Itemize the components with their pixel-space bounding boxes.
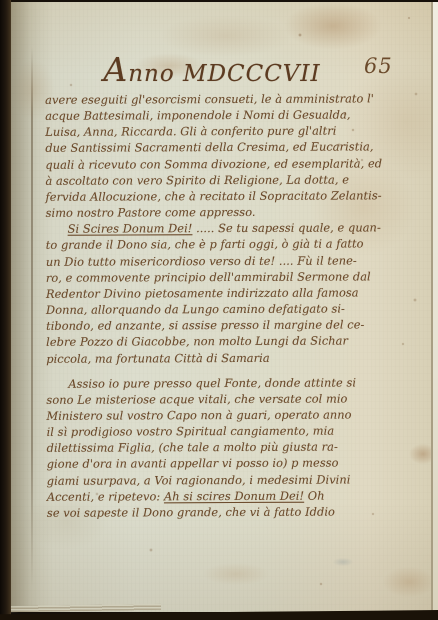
manuscript-line: piccola, ma fortunata Città di Samaria: [46, 349, 428, 367]
manuscript-line: Luisa, Anna, Riccarda. Gli à conferito p…: [45, 122, 427, 140]
manuscript-text-block: avere eseguiti gl'esorcismi consueti, le…: [45, 90, 429, 521]
text-segment: tibondo, ed anzante, si assise presso il…: [46, 318, 364, 333]
folio-number: 65: [364, 54, 393, 78]
text-segment: Accenti, e ripetevo:: [47, 489, 164, 504]
text-segment: simo nostro Pastore come appresso.: [46, 205, 256, 220]
text-segment: se voi sapeste il Dono grande, che vi à …: [47, 504, 335, 519]
manuscript-line: acque Battesimali, imponendole i Nomi di…: [45, 106, 427, 124]
text-segment: avere eseguiti gl'esorcismi consueti, le…: [45, 91, 374, 106]
text-segment: Donna, allorquando da Lungo camino defat…: [46, 302, 345, 317]
text-segment: ..... Se tu sapessi quale, e quan-: [192, 221, 380, 236]
text-segment: un Dio tutto misericordioso verso di te!…: [46, 253, 357, 268]
book-binding-shadow: [0, 0, 11, 620]
text-segment: quali à ricevuto con Somma divozione, ed…: [45, 156, 382, 171]
text-segment: Luisa, Anna, Riccarda. Gli à conferito p…: [45, 124, 336, 139]
manuscript-line: se voi sapeste il Dono grande, che vi à …: [47, 503, 429, 521]
manuscript-line: Ministero sul vostro Capo non à guari, o…: [46, 406, 428, 424]
manuscript-line: tibondo, ed anzante, si assise presso il…: [46, 316, 428, 334]
text-segment: dilettissima Figlia, (che tale a molto p…: [47, 440, 338, 455]
text-segment: Assiso io pure presso quel Fonte, donde …: [68, 375, 356, 390]
page-title: Anno MDCCCVII: [99, 50, 325, 89]
text-segment: piccola, ma fortunata Città di Samaria: [46, 350, 269, 365]
manuscript-photo: Anno MDCCCVII 65 avere eseguiti gl'esorc…: [0, 0, 438, 620]
underlined-phrase: Ah si scires Donum Dei!: [164, 488, 304, 503]
text-segment: to grande il Dono sia, che è p farti ogg…: [46, 237, 364, 252]
manuscript-line: gione d'ora in avanti appellar vi posso …: [47, 455, 429, 473]
text-segment: il sì prodigioso vostro Spiritual cangia…: [47, 424, 335, 439]
manuscript-line: quali à ricevuto con Somma divozione, ed…: [45, 155, 427, 173]
manuscript-line: Donna, allorquando da Lungo camino defat…: [46, 300, 428, 318]
manuscript-line: dilettissima Figlia, (che tale a molto p…: [47, 438, 429, 456]
underlined-phrase: Si Scires Donum Dei!: [68, 221, 193, 236]
manuscript-line: il sì prodigioso vostro Spiritual cangia…: [47, 422, 429, 440]
manuscript-line: sono Le misteriose acque vitali, che ver…: [46, 390, 428, 408]
manuscript-line: avere eseguiti gl'esorcismi consueti, le…: [45, 90, 427, 108]
text-segment: Ministero sul vostro Capo non à guari, o…: [46, 407, 351, 422]
text-segment: lebre Pozzo di Giacobbe, non molto Lungi…: [46, 334, 348, 349]
manuscript-line: à ascoltato con vero Spirito di Religion…: [45, 171, 427, 189]
manuscript-line: Redentor Divino pietosamente indirizzato…: [46, 284, 428, 302]
manuscript-line: Si Scires Donum Dei! ..... Se tu sapessi…: [46, 219, 428, 237]
text-segment: ro, e commovente principio dell'ammirabi…: [46, 269, 371, 284]
text-segment: gione d'ora in avanti appellar vi posso …: [47, 456, 339, 471]
text-segment: Oh: [304, 488, 325, 502]
manuscript-line: Accenti, e ripetevo: Ah si scires Donum …: [47, 487, 429, 505]
manuscript-page: Anno MDCCCVII 65 avere eseguiti gl'esorc…: [11, 2, 431, 612]
text-segment: sono Le misteriose acque vitali, che ver…: [46, 391, 347, 406]
text-segment: Redentor Divino pietosamente indirizzato…: [46, 285, 359, 300]
manuscript-line: due Santissimi Sacramenti della Cresima,…: [45, 139, 427, 157]
text-segment: giami usurpava, a Voi ragionando, i mede…: [47, 472, 351, 487]
text-segment: acque Battesimali, imponendole i Nomi di…: [45, 108, 350, 123]
manuscript-line: giami usurpava, a Voi ragionando, i mede…: [47, 471, 429, 489]
text-segment: fervida Allocuzione, che à recitato il S…: [45, 188, 381, 203]
manuscript-line: un Dio tutto misericordioso verso di te!…: [46, 252, 428, 270]
manuscript-line: ro, e commovente principio dell'ammirabi…: [46, 268, 428, 286]
facing-page-edge: [433, 2, 438, 613]
manuscript-line: lebre Pozzo di Giacobbe, non molto Lungi…: [46, 333, 428, 351]
text-segment: à ascoltato con vero Spirito di Religion…: [45, 172, 349, 187]
manuscript-line: Assiso io pure presso quel Fonte, donde …: [46, 374, 428, 392]
manuscript-line: simo nostro Pastore come appresso.: [46, 203, 428, 221]
manuscript-line: fervida Allocuzione, che à recitato il S…: [45, 187, 427, 205]
text-segment: due Santissimi Sacramenti della Cresima,…: [45, 140, 373, 155]
manuscript-line: to grande il Dono sia, che è p farti ogg…: [46, 236, 428, 254]
